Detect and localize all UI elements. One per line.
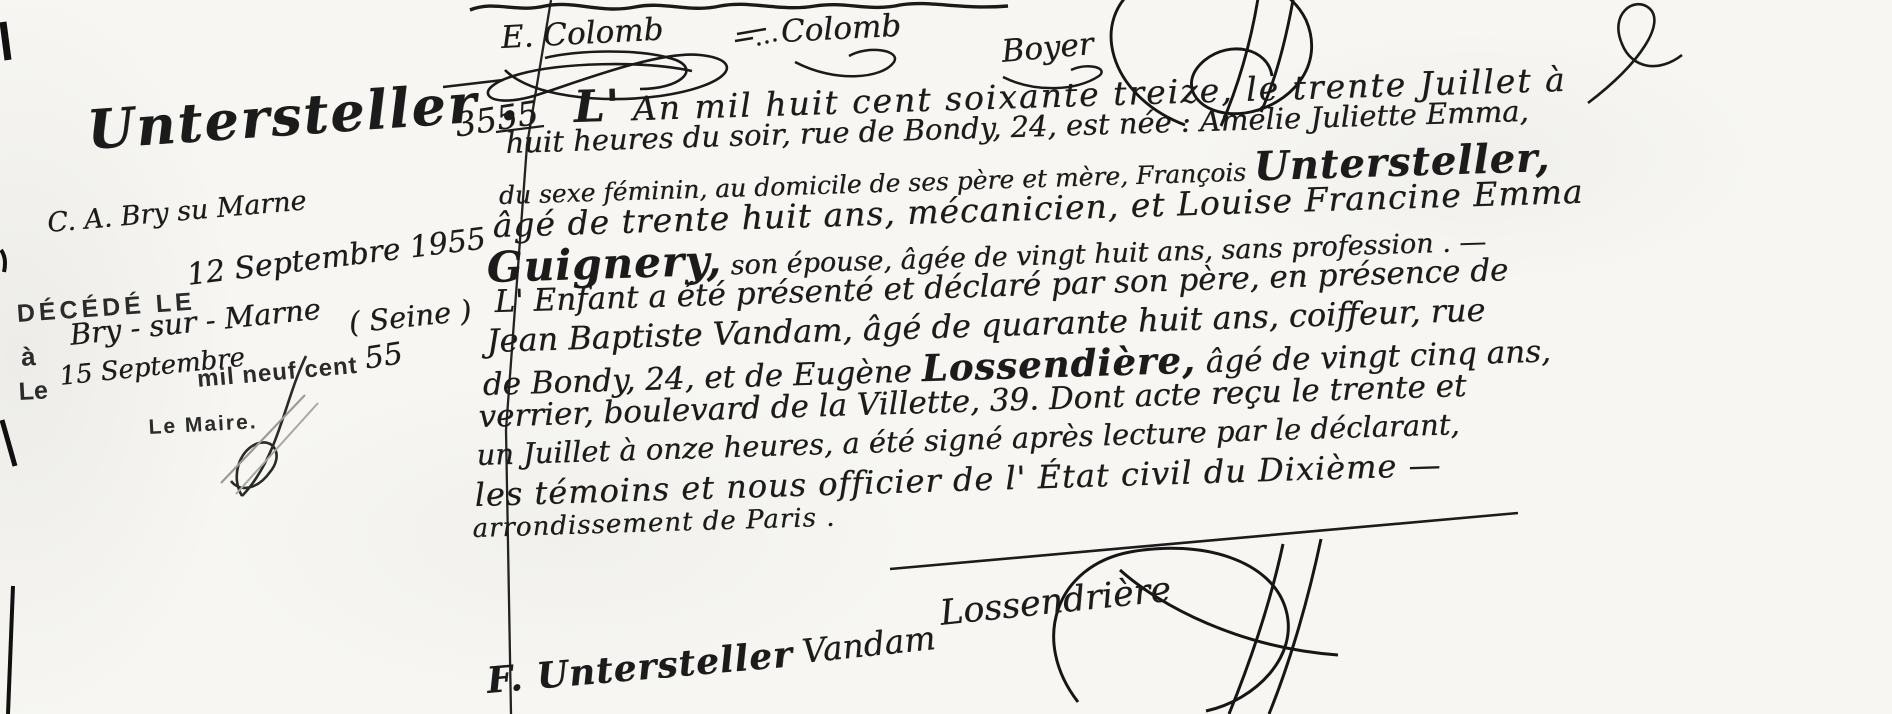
- signature-boyer: Boyer: [1000, 26, 1095, 70]
- department-handwritten: ( Seine ): [347, 293, 473, 340]
- le-stamp-text: Le: [18, 376, 49, 406]
- at-stamp-text: à: [20, 341, 37, 373]
- signature-lossendiere: Lossendrière: [938, 570, 1173, 634]
- death-date-handwritten: 12 Septembre 1955: [185, 221, 488, 292]
- registry-page-scan: Untersteller . C. A. Bry su Marne DÉCÉDÉ…: [0, 0, 1892, 714]
- margin-residence-note: C. A. Bry su Marne: [46, 185, 308, 239]
- signature-colomb-2: Colomb: [780, 8, 902, 50]
- signature-vandam: Vandam: [800, 618, 937, 671]
- officer-signature-flourish-bottom: [1054, 539, 1338, 714]
- colomb2-abbreviation-mark: [735, 29, 777, 46]
- line1-end-swash: [1588, 4, 1682, 103]
- record-year-handwritten: 55: [362, 336, 405, 377]
- closing-rule-line: [890, 513, 1518, 569]
- mayor-stamp-text: Le Maire.: [148, 410, 258, 440]
- signature-untersteller: F. Untersteller: [485, 633, 795, 702]
- signature-e-colomb: E. Colomb: [500, 11, 664, 55]
- page-edge-marks: [1, 22, 15, 714]
- top-clipped-text-stroke: [470, 4, 1008, 10]
